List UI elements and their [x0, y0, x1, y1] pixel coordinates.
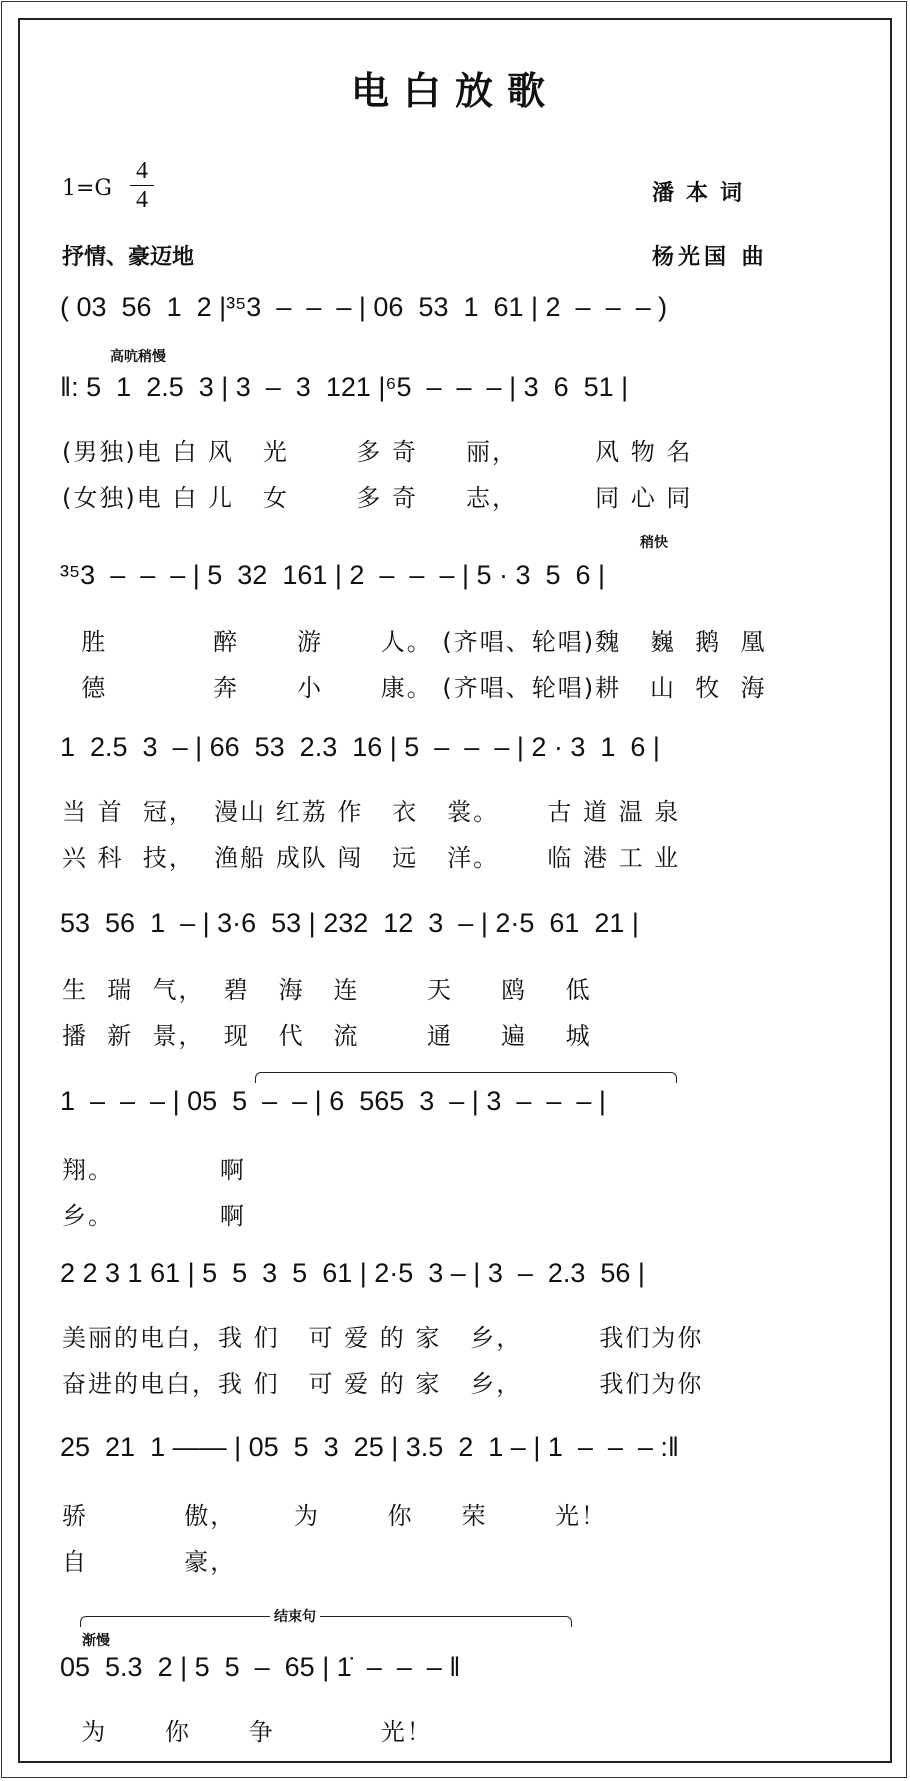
- lyric-verse-2-line-6: 乡。 啊: [62, 1196, 246, 1231]
- notation-line-2: ‖: 5 1 2.5 3 | 3 – 3 121 |⁶5 – – – | 3 6…: [60, 372, 628, 403]
- ending-phrase-label: 结束句: [270, 1606, 320, 1626]
- notation-line-1: ( 03 56 1 2 |³⁵3 – – – | 06 53 1 61 | 2 …: [60, 292, 667, 323]
- lyric-verse-2-line-2: (女独)电 白 儿 女 多 奇 志， 同 心 同: [62, 478, 692, 513]
- lyric-verse-1-line-5: 生 瑞 气， 碧 海 连 天 鸥 低: [62, 970, 592, 1005]
- lyric-verse-2-line-8: 自 豪，: [62, 1542, 236, 1577]
- lyric-verse-1-line-6: 翔。 啊: [62, 1150, 246, 1185]
- fraction-bar: [130, 185, 154, 186]
- expression-mark: 渐慢: [82, 1630, 110, 1650]
- expression-mark: 高吭稍慢: [110, 346, 166, 366]
- tempo-marking: 抒情、豪迈地: [62, 240, 194, 271]
- expression-mark: 稍快: [640, 532, 668, 552]
- lyric-verse-2-line-7: 奋进的电白，我 们 可 爱 的 家 乡， 我们为你: [62, 1364, 703, 1399]
- lyric-verse-2-line-3: 德 奔 小 康。 (齐唱、轮唱)耕 山 牧 海: [62, 668, 766, 703]
- lyric-verse-1-line-7: 美丽的电白，我 们 可 爱 的 家 乡， 我们为你: [62, 1318, 703, 1353]
- lyric-verse-1-line-4: 当 首 冠， 漫山 红荔 作 衣 裳。 古 道 温 泉: [62, 792, 680, 827]
- notation-line-8: 25 21 1 —— | 05 5 3 25 | 3.5 2 1 – | 1 –…: [60, 1432, 679, 1463]
- composer-credit: 杨光国 曲: [652, 240, 768, 271]
- notation-line-6: 1 – – – | 05 5 – – | 6 565 3 – | 3 – – –…: [60, 1086, 606, 1117]
- notation-line-4: 1 2.5 3 – | 66 53 2.3 16 | 5 – – – | 2 ·…: [60, 732, 660, 763]
- notation-line-5: 53 56 1 – | 3·6 53 | 232 12 3 – | 2·5 61…: [60, 908, 639, 939]
- lyric-verse-1-line-3: 胜 醉 游 人。 (齐唱、轮唱)魏 巍 鹅 凰: [62, 622, 766, 657]
- lyricist-credit: 潘本词: [652, 176, 754, 207]
- key-signature: 1=G: [62, 176, 112, 201]
- phrase-slur: [255, 1072, 677, 1083]
- lyric-verse-2-line-5: 播 新 景， 现 代 流 通 遍 城: [62, 1016, 592, 1051]
- notation-line-9: 05 5.3 2 | 5 5 – 65 | 1̇ – – – ‖: [60, 1652, 460, 1683]
- song-title: 电白放歌: [0, 60, 910, 115]
- lyric-verse-1-line-2: (男独)电 白 风 光 多 奇 丽， 风 物 名: [62, 432, 692, 467]
- ending-phrase-bracket: [80, 1616, 572, 1627]
- notation-line-7: 2 2 3 1 61 | 5 5 3 5 61 | 2·5 3 – | 3 – …: [60, 1258, 645, 1289]
- lyric-line-9: 为 你 争 光！: [62, 1712, 433, 1747]
- time-signature: 4 4: [130, 158, 154, 213]
- lyric-verse-1-line-8: 骄 傲， 为 你 荣 光！: [62, 1496, 607, 1531]
- lyric-verse-2-line-4: 兴 科 技， 渔船 成队 闯 远 洋。 临 港 工 业: [62, 838, 680, 873]
- notation-line-3: ³⁵3 – – – | 5 32 161 | 2 – – – | 5 · 3 5…: [60, 560, 605, 591]
- time-signature-top: 4: [136, 158, 148, 184]
- time-signature-bottom: 4: [136, 187, 148, 213]
